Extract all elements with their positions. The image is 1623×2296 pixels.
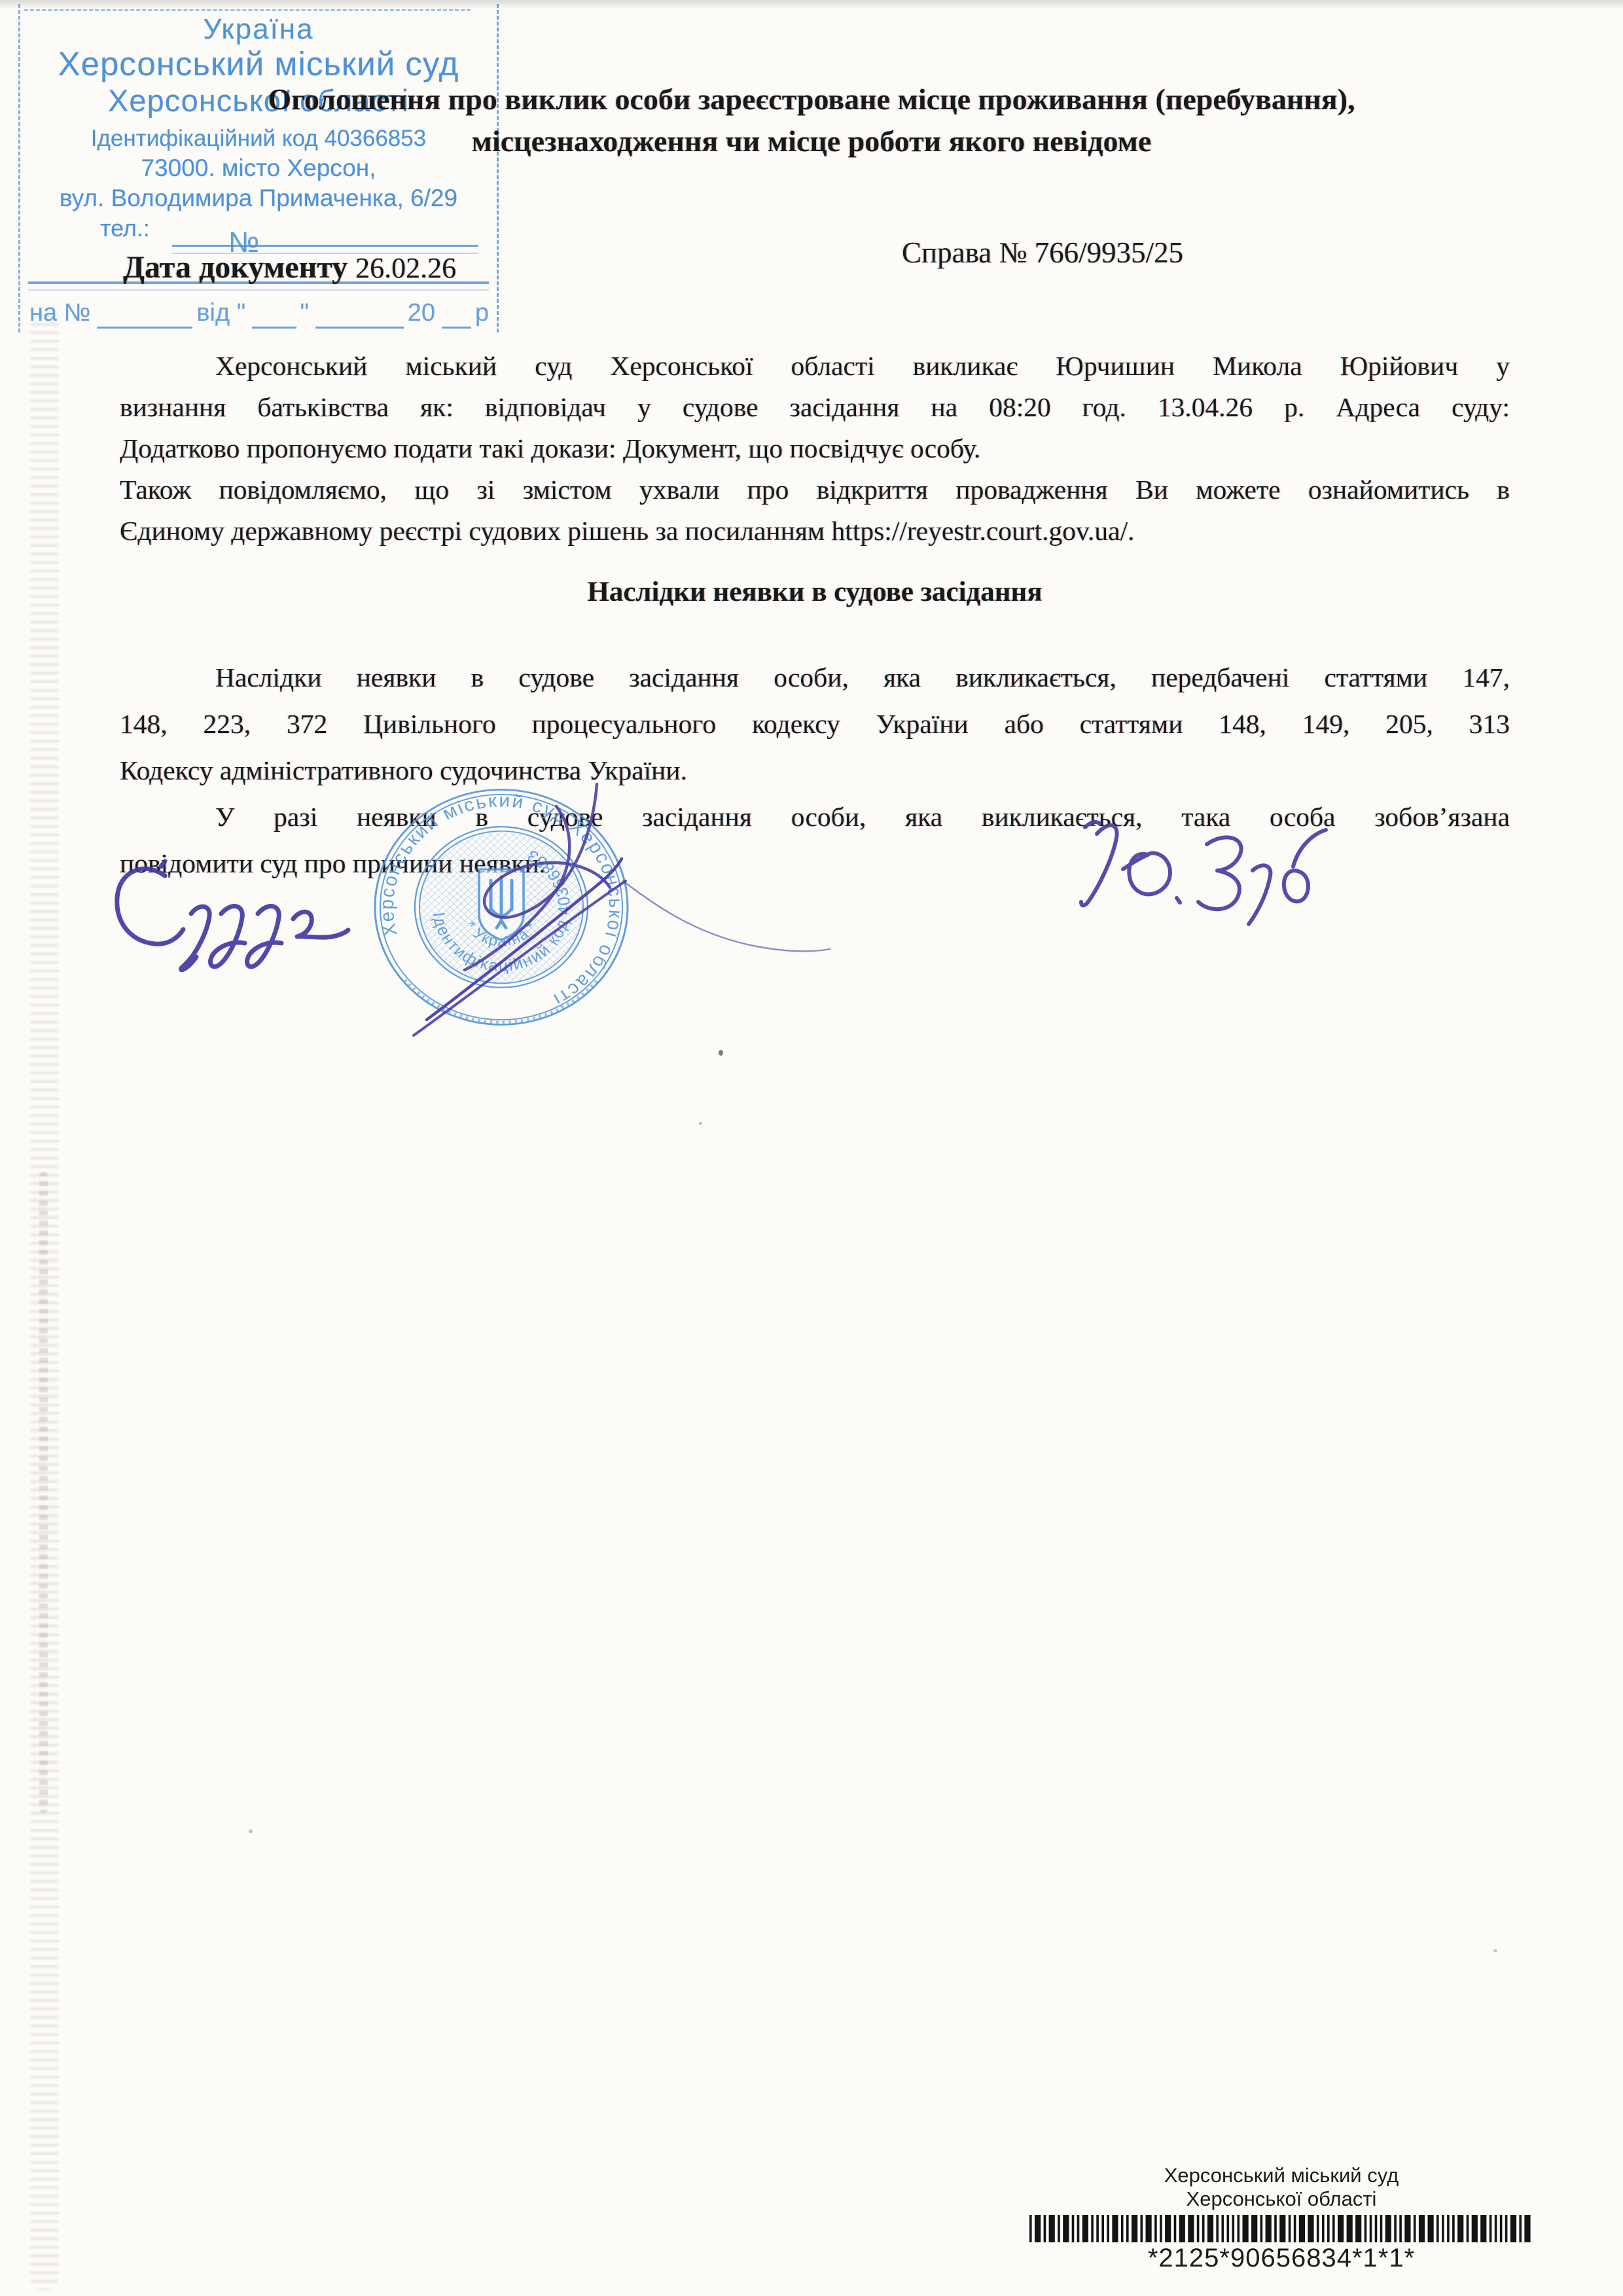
stamp-ref-blank [97,300,192,329]
handwritten-judge-signature [1055,806,1336,931]
stamp-ref-r: р [475,299,491,329]
document-date: Дата документу 26.02.26 [123,249,456,285]
stamp-ref-blank [442,300,471,329]
body-text-line: визнання батьківства як: відповідач у су… [120,387,1510,428]
stamp-reference-row: на № від " " 20 р [29,292,491,329]
stamp-phone-label: тел.: [100,215,150,242]
title-line-1: Оголошення про виклик особи зареєстрован… [124,79,1499,120]
date-label: Дата документу [123,250,348,285]
section-heading: Наслідки неявки в судове засідання [120,576,1510,608]
case-label: Справа № [902,236,1027,269]
case-value: 766/9935/25 [1035,236,1184,269]
ink-speck [699,1122,702,1125]
ink-speck [249,1829,253,1833]
body-text-line: Єдиному державному реєстрі судових рішен… [120,511,1510,552]
date-value: 26.02.26 [355,252,456,284]
footer-block: Херсонський міський суд Херсонської обла… [1020,2164,1543,2270]
ink-speck [1493,1949,1497,1952]
body-text-line: Херсонський міський суд Херсонської обла… [120,346,1510,387]
stamp-ref-vid: від " [196,299,248,329]
title-line-2: місцезнаходження чи місце роботи якого н… [124,120,1499,162]
stamp-ref-blank [252,300,296,329]
stamp-court-name: Херсонський міський суд [20,45,497,83]
body-text-line: 148, 223, 372 Цивільного процесуального … [120,701,1510,747]
scan-streak-artifact-dark [39,1172,48,1813]
stamp-phone-blank-line [172,245,478,247]
body-text-line: Додатково пропонуємо подати такі докази:… [120,428,1510,469]
footer-court-line2: Херсонської області [1020,2187,1543,2211]
footer-court-line1: Херсонський міський суд [1020,2164,1543,2187]
stamp-ref-year: 20 [408,299,438,329]
stamp-ref-blank [315,300,404,329]
body-text-line: Наслідки неявки в судове засідання особи… [120,655,1510,701]
scanned-court-document: Україна Херсонський міський суд Херсонсь… [0,0,1623,2296]
barcode [1020,2215,1543,2248]
case-number: Справа № 766/9935/25 [902,236,1183,270]
body-paragraph-summons: Херсонський міський суд Херсонської обла… [120,346,1510,552]
stamp-ref-quote: " [300,299,312,329]
stamp-street: вул. Володимира Примаченка, 6/29 [20,185,497,212]
stamp-number-blank-line-echo [28,289,489,291]
barcode-bars [1029,2215,1533,2242]
barcode-number: *2125*90656834*1*1* [1020,2246,1543,2270]
document-title: Оголошення про виклик особи зареєстрован… [124,79,1499,162]
handwritten-judge-word [105,852,353,977]
stamp-country: Україна [20,13,497,46]
signature-scrawl-over-seal [340,759,982,1086]
stamp-ref-na: на № [29,299,93,329]
body-text-line: Також повідомляємо, що зі змістом ухвали… [120,469,1510,511]
